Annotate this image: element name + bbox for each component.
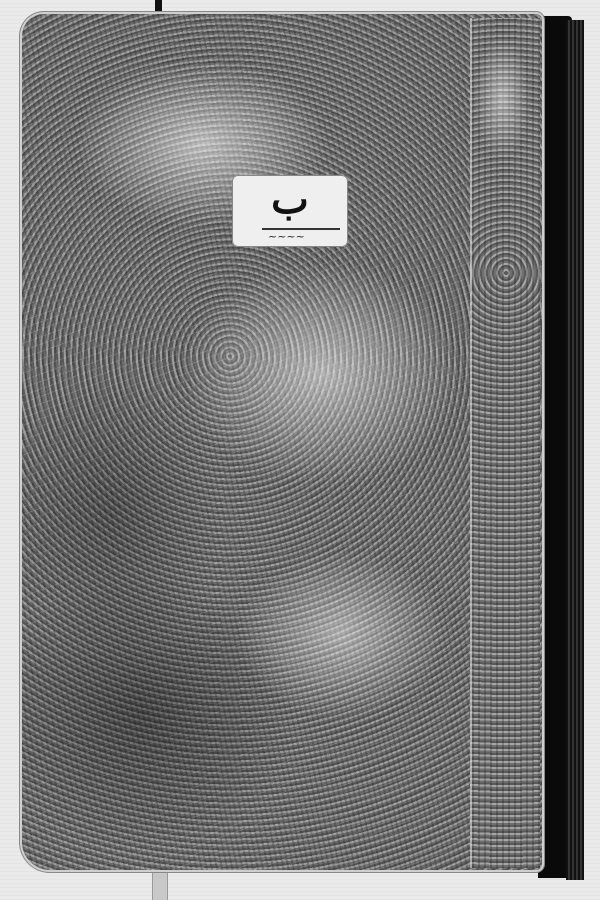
top-marker bbox=[155, 0, 162, 12]
label-letter: ب bbox=[232, 177, 348, 223]
bottom-bookmark-ribbon bbox=[152, 872, 168, 900]
cover-label: ب ~~~~ bbox=[232, 175, 348, 247]
book-cover bbox=[22, 14, 542, 870]
book-spine bbox=[470, 18, 540, 868]
book-page-edge-stripes bbox=[566, 20, 584, 880]
label-handwritten-note: ~~~~ bbox=[268, 230, 305, 243]
